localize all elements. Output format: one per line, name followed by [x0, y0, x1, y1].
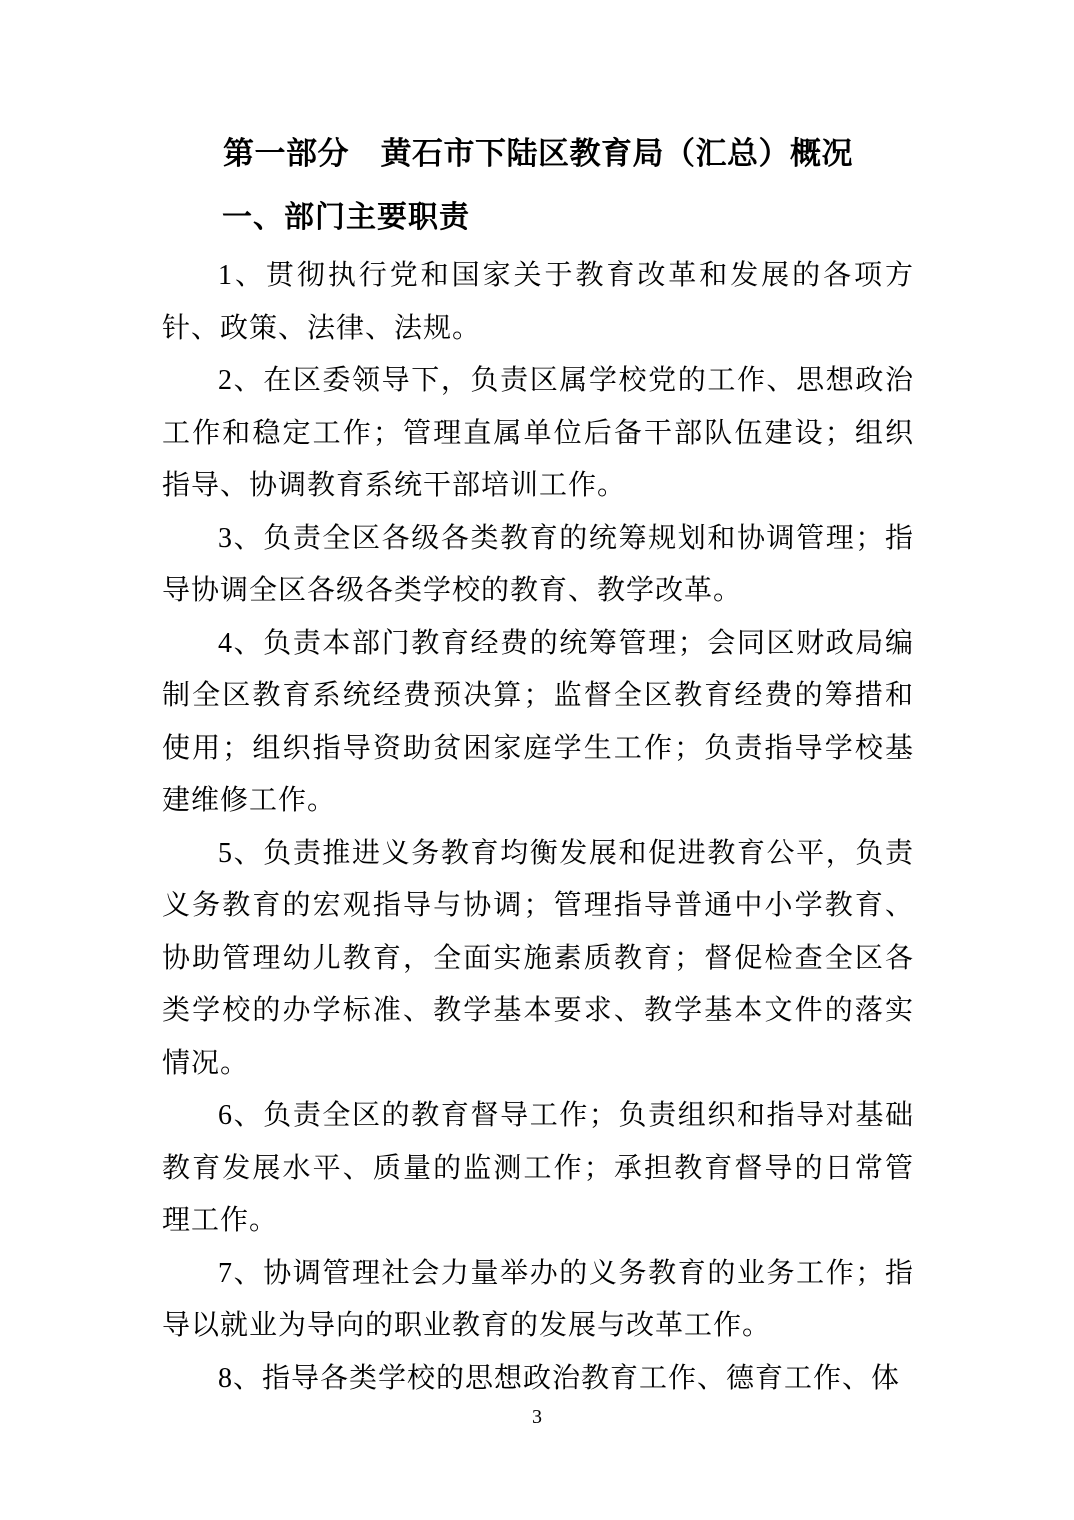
page-number: 3	[0, 1405, 1074, 1429]
document-page: 第一部分 黄石市下陆区教育局（汇总）概况 一、部门主要职责 1、贯彻执行党和国家…	[0, 0, 1074, 1520]
paragraph-4: 4、负责本部门教育经费的统筹管理；会同区财政局编制全区教育系统经费预决算；监督全…	[162, 618, 914, 828]
document-title: 第一部分 黄石市下陆区教育局（汇总）概况	[162, 132, 914, 176]
document-content: 第一部分 黄石市下陆区教育局（汇总）概况 一、部门主要职责 1、贯彻执行党和国家…	[162, 132, 914, 1405]
paragraph-7: 7、协调管理社会力量举办的义务教育的业务工作；指导以就业为导向的职业教育的发展与…	[162, 1248, 914, 1353]
paragraph-8: 8、指导各类学校的思想政治教育工作、德育工作、体	[162, 1353, 914, 1406]
paragraph-2: 2、在区委领导下，负责区属学校党的工作、思想政治工作和稳定工作；管理直属单位后备…	[162, 355, 914, 513]
section-heading: 一、部门主要职责	[162, 198, 914, 238]
paragraph-6: 6、负责全区的教育督导工作；负责组织和指导对基础教育发展水平、质量的监测工作；承…	[162, 1090, 914, 1248]
paragraph-5: 5、负责推进义务教育均衡发展和促进教育公平，负责义务教育的宏观指导与协调；管理指…	[162, 828, 914, 1091]
body-text: 1、贯彻执行党和国家关于教育改革和发展的各项方针、政策、法律、法规。 2、在区委…	[162, 250, 914, 1405]
paragraph-3: 3、负责全区各级各类教育的统筹规划和协调管理；指导协调全区各级各类学校的教育、教…	[162, 513, 914, 618]
paragraph-1: 1、贯彻执行党和国家关于教育改革和发展的各项方针、政策、法律、法规。	[162, 250, 914, 355]
